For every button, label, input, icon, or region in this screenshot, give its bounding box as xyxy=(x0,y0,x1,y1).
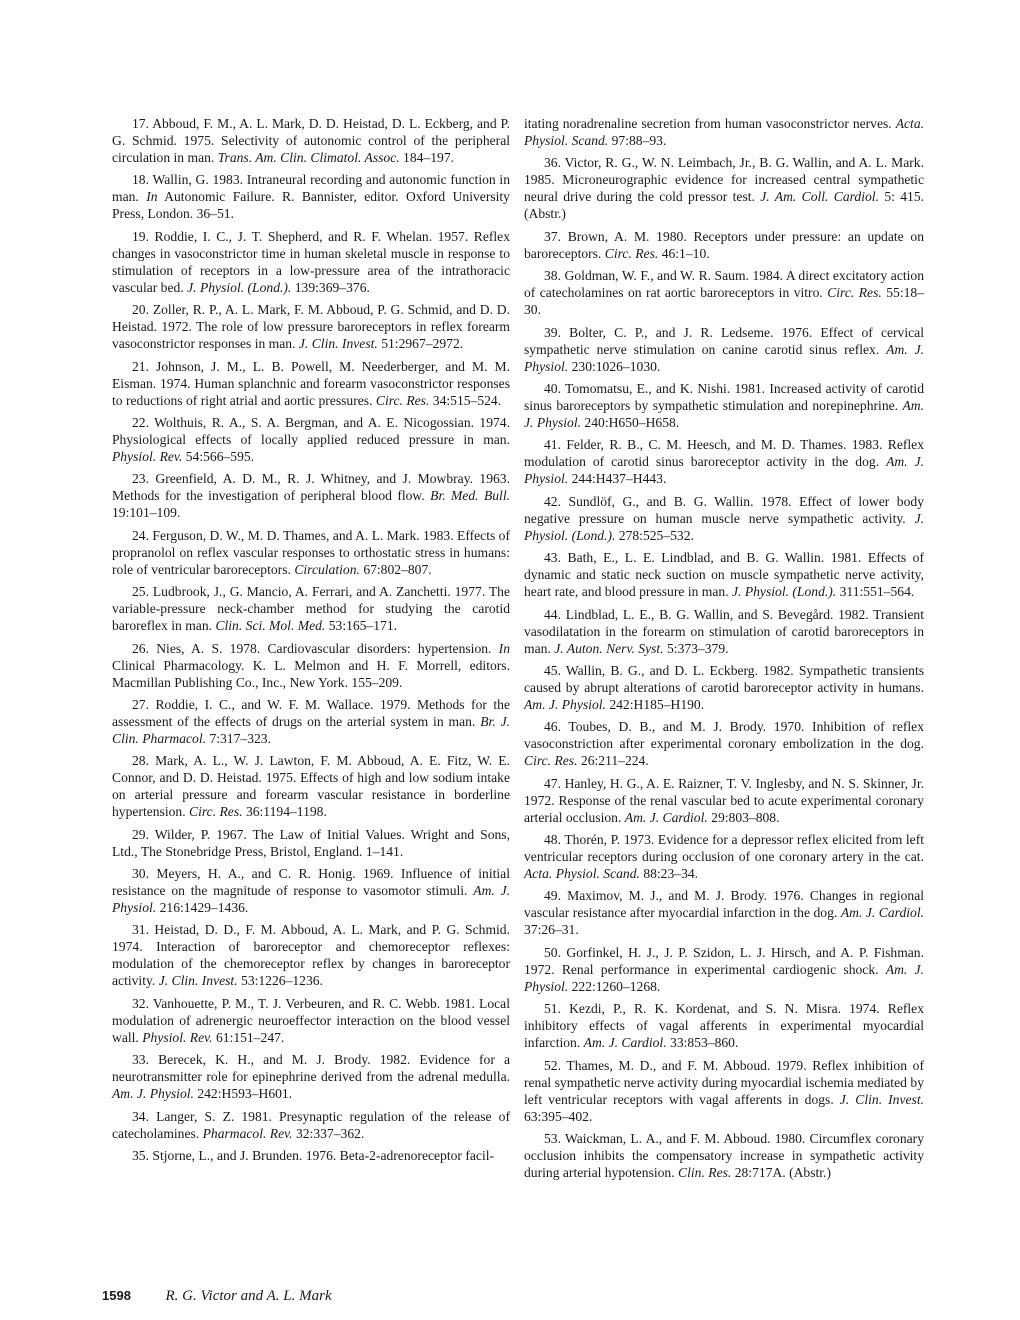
reference-text: Toubes, D. B., and M. J. Brody. 1970. In… xyxy=(524,719,924,751)
citation-details: 216:1429–1436. xyxy=(160,900,249,915)
reference-number: 24. xyxy=(132,528,149,543)
citation-details: 63:395–402. xyxy=(524,1109,592,1124)
journal-name: Circ. Res. xyxy=(524,753,578,768)
reference-entry: 40. Tomomatsu, E., and K. Nishi. 1981. I… xyxy=(524,380,924,431)
reference-number: 39. xyxy=(544,325,561,340)
page-footer: 1598 R. G. Victor and A. L. Mark xyxy=(102,1288,332,1305)
reference-entry: itating noradrenaline secretion from hum… xyxy=(524,115,924,149)
reference-entry: 36. Victor, R. G., W. N. Leimbach, Jr., … xyxy=(524,154,924,222)
reference-number: 46. xyxy=(544,719,561,734)
journal-name: J. Physiol. (Lond.). xyxy=(732,584,836,599)
journal-name: J. Clin. Invest. xyxy=(159,973,238,988)
reference-number: 28. xyxy=(132,753,149,768)
reference-entry: 17. Abboud, F. M., A. L. Mark, D. D. Hei… xyxy=(112,115,510,166)
journal-name: Am. J. Cardiol. xyxy=(584,1035,667,1050)
reference-number: 22. xyxy=(132,415,149,430)
reference-number: 25. xyxy=(132,584,149,599)
reference-text: Bolter, C. P., and J. R. Ledseme. 1976. … xyxy=(524,325,924,357)
journal-name: J. Physiol. (Lond.). xyxy=(187,280,291,295)
journal-name: Clin. Sci. Mol. Med. xyxy=(215,618,325,633)
reference-entry: 24. Ferguson, D. W., M. D. Thames, and A… xyxy=(112,527,510,578)
journal-name: J. Am. Coll. Cardiol. xyxy=(760,189,879,204)
reference-text: Nies, A. S. 1978. Cardiovascular disorde… xyxy=(156,641,491,656)
journal-name: J. Auton. Nerv. Syst. xyxy=(554,641,663,656)
citation-details: 278:525–532. xyxy=(619,528,694,543)
reference-entry: 46. Toubes, D. B., and M. J. Brody. 1970… xyxy=(524,718,924,769)
reference-text: Gorfinkel, H. J., J. P. Szidon, L. J. Hi… xyxy=(524,945,924,977)
reference-entry: 41. Felder, R. B., C. M. Heesch, and M. … xyxy=(524,436,924,487)
reference-number: 53. xyxy=(544,1131,561,1146)
citation-details: 5:373–379. xyxy=(667,641,729,656)
journal-name: Circ. Res. xyxy=(605,246,659,261)
reference-entry: 26. Nies, A. S. 1978. Cardiovascular dis… xyxy=(112,640,510,691)
reference-number: 23. xyxy=(132,471,149,486)
reference-number: 44. xyxy=(544,607,561,622)
reference-entry: 32. Vanhouette, P. M., T. J. Verbeuren, … xyxy=(112,995,510,1046)
reference-entry: 23. Greenfield, A. D. M., R. J. Whitney,… xyxy=(112,470,510,521)
citation-details: Clinical Pharmacology. K. L. Melmon and … xyxy=(112,658,510,690)
reference-entry: 22. Wolthuis, R. A., S. A. Bergman, and … xyxy=(112,414,510,465)
citation-details: 242:H593–H601. xyxy=(197,1086,292,1101)
reference-number: 48. xyxy=(544,832,561,847)
reference-number: 51. xyxy=(544,1001,561,1016)
reference-number: 19. xyxy=(132,229,149,244)
citation-details: 53:165–171. xyxy=(329,618,397,633)
journal-name: Am. J. Cardiol. xyxy=(625,810,708,825)
reference-number: 18. xyxy=(132,172,149,187)
reference-number: 47. xyxy=(544,776,561,791)
citation-details: 139:369–376. xyxy=(295,280,370,295)
journal-name: In xyxy=(146,189,157,204)
reference-entry: 25. Ludbrook, J., G. Mancio, A. Ferrari,… xyxy=(112,583,510,634)
reference-number: 27. xyxy=(132,697,149,712)
reference-number: 31. xyxy=(132,922,149,937)
reference-entry: 49. Maximov, M. J., and M. J. Brody. 197… xyxy=(524,887,924,938)
journal-name: J. Clin. Invest. xyxy=(299,336,378,351)
reference-text: Stjorne, L., and J. Brunden. 1976. Beta-… xyxy=(152,1148,494,1163)
citation-details: 184–197. xyxy=(403,150,454,165)
reference-number: 34. xyxy=(132,1109,149,1124)
journal-name: Circ. Res. xyxy=(376,393,430,408)
reference-number: 36. xyxy=(544,155,561,170)
reference-number: 33. xyxy=(132,1052,149,1067)
journal-name: Br. Med. Bull. xyxy=(430,488,510,503)
reference-entry: 19. Roddie, I. C., J. T. Shepherd, and R… xyxy=(112,228,510,296)
reference-number: 50. xyxy=(544,945,561,960)
citation-details: 28:717A. (Abstr.) xyxy=(735,1165,831,1180)
citation-details: 240:H650–H658. xyxy=(584,415,679,430)
reference-text: itating noradrenaline secretion from hum… xyxy=(524,116,892,131)
reference-entry: 29. Wilder, P. 1967. The Law of Initial … xyxy=(112,826,510,860)
citation-details: 36:1194–1198. xyxy=(246,804,327,819)
journal-name: Circ. Res. xyxy=(189,804,243,819)
journal-name: Clin. Res. xyxy=(678,1165,731,1180)
citation-details: 46:1–10. xyxy=(662,246,710,261)
journal-name: Circulation. xyxy=(294,562,360,577)
citation-details: 53:1226–1236. xyxy=(241,973,323,988)
journal-name: Am. J. Physiol. xyxy=(112,1086,194,1101)
citation-details: 19:101–109. xyxy=(112,505,180,520)
citation-details: 222:1260–1268. xyxy=(572,979,661,994)
journal-name: J. Clin. Invest. xyxy=(840,1092,924,1107)
citation-details: 242:H185–H190. xyxy=(609,697,704,712)
reference-text: Wolthuis, R. A., S. A. Bergman, and A. E… xyxy=(112,415,510,447)
reference-entry: 53. Waickman, L. A., and F. M. Abboud. 1… xyxy=(524,1130,924,1181)
reference-text: Roddie, I. C., and W. F. M. Wallace. 197… xyxy=(112,697,510,729)
journal-name: Am. J. Cardiol. xyxy=(841,905,924,920)
reference-number: 20. xyxy=(132,302,149,317)
journal-name: Am. J. Physiol. xyxy=(524,697,606,712)
journal-name: Physiol. Rev. xyxy=(112,449,182,464)
reference-number: 38. xyxy=(544,268,561,283)
journal-name: Circ. Res. xyxy=(827,285,882,300)
citation-details: 88:23–34. xyxy=(643,866,698,881)
reference-entry: 47. Hanley, H. G., A. E. Raizner, T. V. … xyxy=(524,775,924,826)
citation-details: 67:802–807. xyxy=(363,562,431,577)
reference-entry: 18. Wallin, G. 1983. Intraneural recordi… xyxy=(112,171,510,222)
journal-name: Acta. Physiol. Scand. xyxy=(524,866,640,881)
reference-entry: 33. Berecek, K. H., and M. J. Brody. 198… xyxy=(112,1051,510,1102)
citation-details: Autonomic Failure. R. Bannister, editor.… xyxy=(112,189,510,221)
citation-details: 97:88–93. xyxy=(612,133,667,148)
citation-details: 26:211–224. xyxy=(581,753,649,768)
reference-entry: 45. Wallin, B. G., and D. L. Eckberg. 19… xyxy=(524,662,924,713)
reference-entry: 37. Brown, A. M. 1980. Receptors under p… xyxy=(524,228,924,262)
reference-number: 26. xyxy=(132,641,149,656)
citation-details: 54:566–595. xyxy=(186,449,254,464)
journal-name: Physiol. Rev. xyxy=(142,1030,212,1045)
citation-details: 61:151–247. xyxy=(216,1030,284,1045)
reference-text: Felder, R. B., C. M. Heesch, and M. D. T… xyxy=(524,437,924,469)
reference-text: Berecek, K. H., and M. J. Brody. 1982. E… xyxy=(112,1052,510,1084)
reference-number: 43. xyxy=(544,550,561,565)
page-number: 1598 xyxy=(102,1288,162,1303)
reference-entry: 27. Roddie, I. C., and W. F. M. Wallace.… xyxy=(112,696,510,747)
reference-entry: 31. Heistad, D. D., F. M. Abboud, A. L. … xyxy=(112,921,510,989)
journal-name: Pharmacol. Rev. xyxy=(203,1126,293,1141)
citation-details: 7:317–323. xyxy=(209,731,271,746)
running-authors: R. G. Victor and A. L. Mark xyxy=(166,1288,332,1304)
reference-number: 35. xyxy=(132,1148,149,1163)
reference-entry: 44. Lindblad, L. E., B. G. Wallin, and S… xyxy=(524,606,924,657)
reference-list-right-column: itating noradrenaline secretion from hum… xyxy=(524,115,924,1186)
reference-number: 49. xyxy=(544,888,561,903)
reference-entry: 30. Meyers, H. A., and C. R. Honig. 1969… xyxy=(112,865,510,916)
reference-number: 17. xyxy=(132,116,149,131)
reference-number: 41. xyxy=(544,437,561,452)
reference-number: 42. xyxy=(544,494,561,509)
reference-entry: 21. Johnson, J. M., L. B. Powell, M. Nee… xyxy=(112,358,510,409)
reference-text: Meyers, H. A., and C. R. Honig. 1969. In… xyxy=(112,866,510,898)
reference-entry: 28. Mark, A. L., W. J. Lawton, F. M. Abb… xyxy=(112,752,510,820)
reference-entry: 52. Thames, M. D., and F. M. Abboud. 197… xyxy=(524,1057,924,1125)
reference-number: 52. xyxy=(544,1058,561,1073)
reference-entry: 34. Langer, S. Z. 1981. Presynaptic regu… xyxy=(112,1108,510,1142)
reference-text: Tomomatsu, E., and K. Nishi. 1981. Incre… xyxy=(524,381,924,413)
citation-details: 230:1026–1030. xyxy=(572,359,661,374)
reference-entry: 42. Sundlöf, G., and B. G. Wallin. 1978.… xyxy=(524,493,924,544)
reference-entry: 51. Kezdi, P., R. K. Kordenat, and S. N.… xyxy=(524,1000,924,1051)
citation-details: 34:515–524. xyxy=(433,393,501,408)
reference-text: Sundlöf, G., and B. G. Wallin. 1978. Eff… xyxy=(524,494,924,526)
reference-number: 37. xyxy=(544,229,561,244)
reference-number: 40. xyxy=(544,381,561,396)
reference-entry: 20. Zoller, R. P., A. L. Mark, F. M. Abb… xyxy=(112,301,510,352)
reference-entry: 39. Bolter, C. P., and J. R. Ledseme. 19… xyxy=(524,324,924,375)
citation-details: 244:H437–H443. xyxy=(572,471,667,486)
reference-text: Brown, A. M. 1980. Receptors under press… xyxy=(524,229,924,261)
reference-entry: 48. Thorén, P. 1973. Evidence for a depr… xyxy=(524,831,924,882)
citation-details: 311:551–564. xyxy=(840,584,915,599)
reference-number: 21. xyxy=(132,359,149,374)
reference-list-left-column: 17. Abboud, F. M., A. L. Mark, D. D. Hei… xyxy=(112,115,510,1169)
citation-details: 51:2967–2972. xyxy=(381,336,463,351)
reference-text: Thorén, P. 1973. Evidence for a depresso… xyxy=(524,832,924,864)
reference-number: 29. xyxy=(132,827,149,842)
citation-details: 33:853–860. xyxy=(670,1035,738,1050)
reference-number: 32. xyxy=(132,996,149,1011)
citation-details: 32:337–362. xyxy=(296,1126,364,1141)
journal-name: Trans. Am. Clin. Climatol. Assoc. xyxy=(218,150,400,165)
reference-text: Wallin, B. G., and D. L. Eckberg. 1982. … xyxy=(524,663,924,695)
reference-text: Wilder, P. 1967. The Law of Initial Valu… xyxy=(112,827,510,859)
reference-entry: 35. Stjorne, L., and J. Brunden. 1976. B… xyxy=(112,1147,510,1164)
citation-details: 37:26–31. xyxy=(524,922,579,937)
citation-details: 29:803–808. xyxy=(711,810,779,825)
reference-number: 30. xyxy=(132,866,149,881)
journal-name: In xyxy=(499,641,510,656)
reference-entry: 43. Bath, E., L. E. Lindblad, and B. G. … xyxy=(524,549,924,600)
reference-number: 45. xyxy=(544,663,561,678)
reference-entry: 50. Gorfinkel, H. J., J. P. Szidon, L. J… xyxy=(524,944,924,995)
reference-entry: 38. Goldman, W. F., and W. R. Saum. 1984… xyxy=(524,267,924,318)
